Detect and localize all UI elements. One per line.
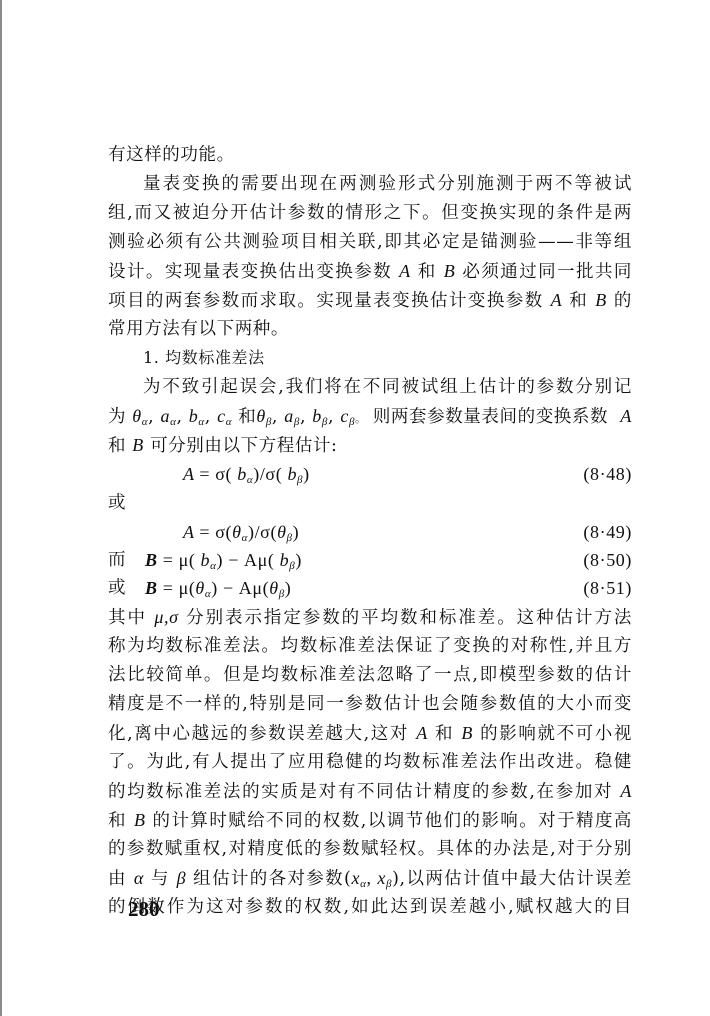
equation-8-50: 而 B = μ( bα) − Aμ( bβ) (8·50)	[108, 546, 632, 574]
text-line: 有这样的功能。	[108, 141, 235, 169]
text-line: 的均数标准差法的实质是对有不同估计精度的参数,在参加对 A	[108, 777, 632, 805]
param-theta-beta: θβ	[256, 406, 272, 426]
math-symbol: μ,σ	[154, 607, 178, 627]
text-run: 为	[108, 407, 126, 427]
text-line: 和 B 可分别由以下方程估计:	[108, 431, 338, 459]
math-symbol: B	[595, 290, 607, 310]
equation-8-49: A = σ(θα)/σ(θβ) (8·49)	[108, 518, 632, 546]
equation-label: 或	[108, 574, 126, 602]
math-symbol: B	[444, 261, 456, 281]
math-symbol: B	[134, 810, 146, 830]
text-line: 的倒数作为这对参数的权数,如此达到误差越小,赋权越大的目	[108, 893, 632, 921]
math-symbol: A	[620, 402, 632, 430]
equation-number: (8·48)	[583, 460, 632, 488]
text-line: 其中 μ,σ 分别表示指定参数的平均数和标准差。这种估计方法	[108, 603, 632, 631]
text-line: 了。为此,有人提出了应用稳健的均数标准差法作出改进。稳健	[108, 748, 632, 776]
param-a-beta: aβ	[284, 406, 300, 426]
text-line: 精度是不一样的,特别是同一参数估计也会随参数值的大小而变	[108, 690, 632, 718]
text-line: 为 θα, aα, bα, cα 和θβ, aβ, bβ, cβ。 则两套参数量…	[108, 402, 632, 430]
equation-number: (8·50)	[583, 546, 632, 574]
equation-8-48: A = σ( bα)/σ( bβ) (8·48)	[108, 460, 632, 488]
text-line: 测验必须有公共测验项目相关联,即其必定是锚测验——非等组	[108, 228, 632, 256]
math-symbol: A	[620, 781, 632, 801]
param-pair: xα, xβ	[351, 868, 392, 888]
text-line: 法比较简单。但是均数标准差法忽略了一点,即模型参数的估计	[108, 661, 632, 689]
param-a-alpha: aα	[160, 406, 176, 426]
text-run: 和	[569, 291, 588, 311]
text-run: 和	[108, 436, 126, 456]
text-line: 由 α 与 β 组估计的各对参数(xα, xβ),以两估计值中最大估计误差	[108, 864, 632, 892]
math-symbol: A	[551, 290, 563, 310]
section-heading: 1. 均数标准差法	[143, 344, 265, 372]
equation-body: B = μ( bα) − Aμ( bβ)	[145, 546, 302, 574]
equation-body: A = σ( bα)/σ( bβ)	[183, 460, 310, 488]
equation-body: B = μ(θα) − Aμ(θβ)	[145, 574, 291, 602]
page-number: 280	[128, 897, 160, 922]
text-run: 设计。实现量表变换估出变换参数	[108, 262, 392, 282]
equation-number: (8·51)	[583, 574, 632, 602]
text-line: 组,而又被迫分开估计参数的情形之下。但变换实现的条件是两	[108, 199, 632, 227]
text-run: 必须通过同一批共同	[462, 262, 632, 282]
param-c-alpha: cα	[217, 406, 232, 426]
text-line: 和 B 的计算时赋给不同的权数,以调节他们的影响。对于精度高	[108, 806, 632, 834]
text-run: 和	[418, 262, 437, 282]
param-b-alpha: bα	[189, 406, 205, 426]
text-line: 化,离中心越远的参数误差越大,这对 A 和 B 的影响就不可小视	[108, 719, 632, 747]
param-c-beta: cβ	[340, 406, 355, 426]
text-line: 设计。实现量表变换估出变换参数 A 和 B 必须通过同一批共同	[108, 257, 632, 285]
equation-body: A = σ(θα)/σ(θβ)	[183, 518, 299, 546]
text-line: 量表变换的需要出现在两测验形式分别施测于两不等被试	[108, 170, 632, 198]
equation-8-51: 或 B = μ(θα) − Aμ(θβ) (8·51)	[108, 574, 632, 602]
text-line: 常用方法有以下两种。	[108, 315, 289, 343]
text-line: 为不致引起误会,我们将在不同被试组上估计的参数分别记	[108, 373, 632, 401]
text-run: 项目的两套参数而求取。实现量表变换估计变换参数	[108, 291, 544, 311]
text-run: 和	[238, 407, 256, 427]
equation-label: 而	[108, 546, 126, 574]
math-symbol: A	[416, 723, 428, 743]
math-symbol: A	[399, 261, 411, 281]
text-run: 的	[614, 291, 632, 311]
page-left-border	[0, 0, 2, 1016]
param-b-beta: bβ	[312, 406, 328, 426]
math-symbol: B	[461, 723, 473, 743]
text-run: 可分别由以下方程估计:	[150, 436, 338, 456]
text-run: 则两套参数量表间的变换系数	[373, 407, 608, 427]
equation-number: (8·49)	[583, 518, 632, 546]
math-symbol: B	[132, 435, 144, 455]
text-line: 或	[108, 489, 126, 517]
param-theta-alpha: θα	[132, 406, 148, 426]
text-line: 的参数赋重权,对精度低的参数赋轻权。具体的办法是,对于分别	[108, 835, 632, 863]
text-line: 称为均数标准差法。均数标准差法保证了变换的对称性,并且方	[108, 632, 632, 660]
text-line: 项目的两套参数而求取。实现量表变换估计变换参数 A 和 B 的	[108, 286, 632, 314]
